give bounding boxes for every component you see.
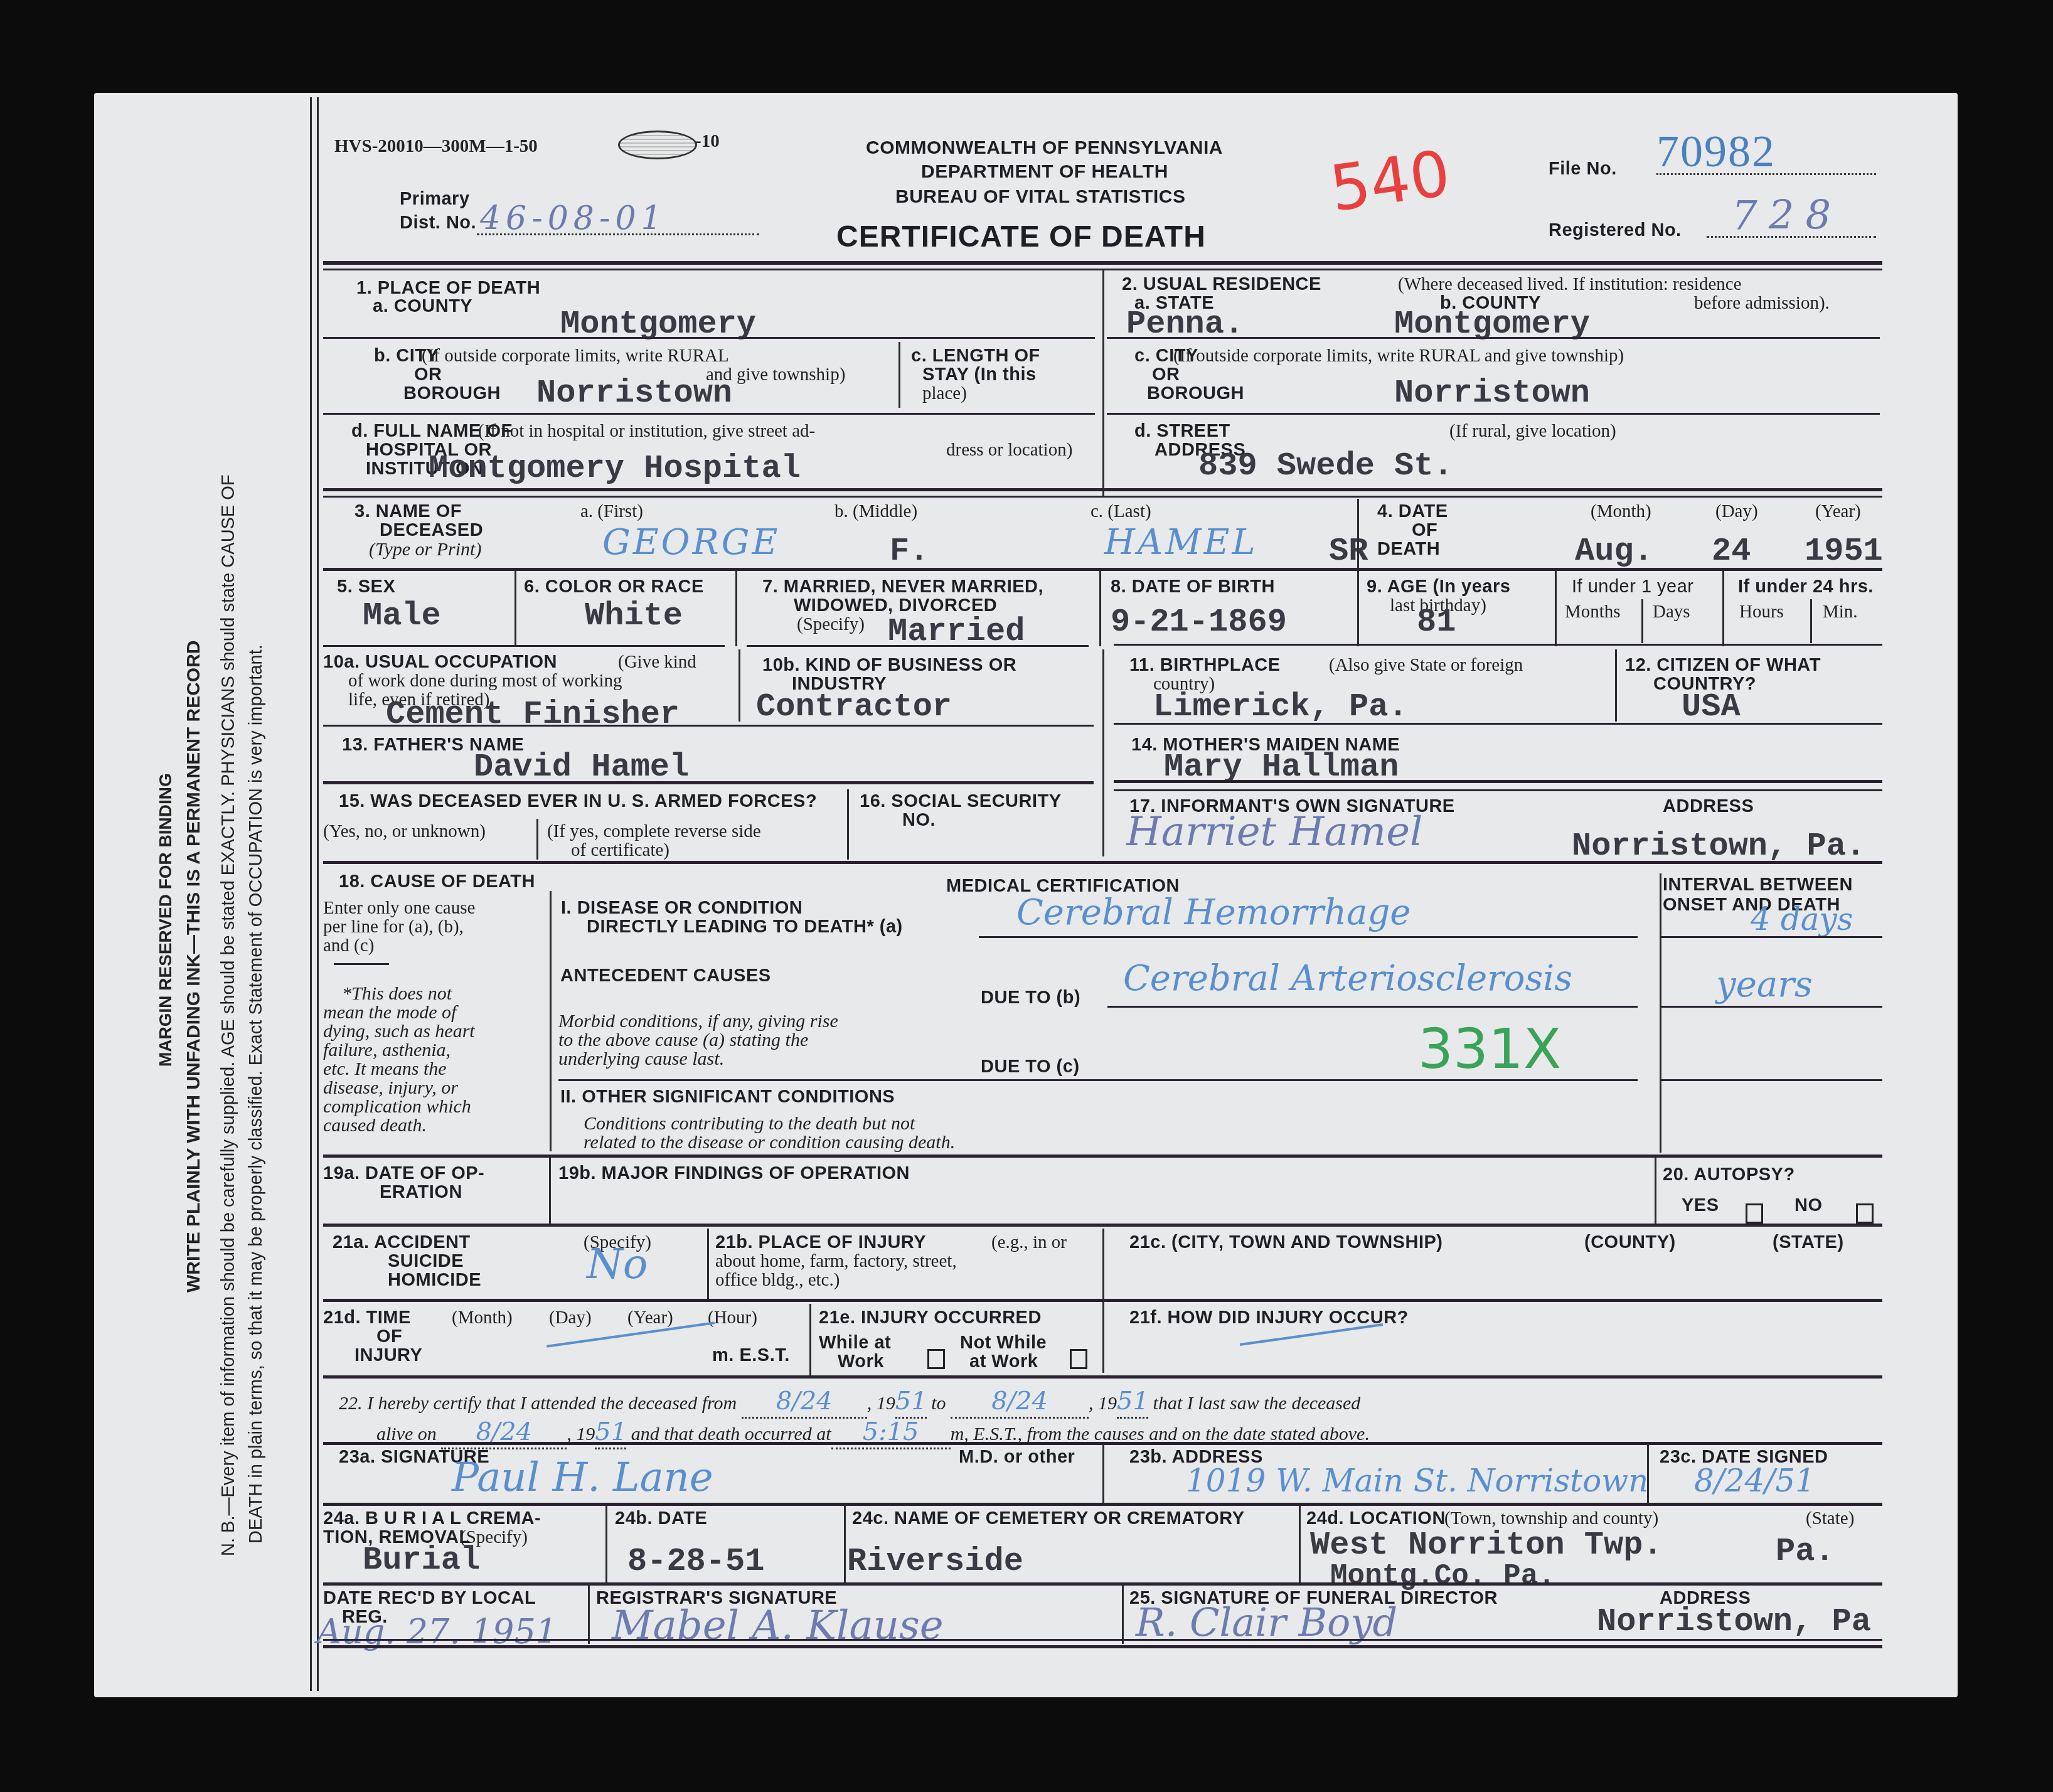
informant-address-value[interactable]: Norristown, Pa. bbox=[1572, 829, 1865, 863]
dob-value[interactable]: 9-21-1869 bbox=[1111, 605, 1287, 639]
row-line-15 bbox=[323, 1582, 1882, 1586]
dod-label3: DEATH bbox=[1377, 540, 1440, 559]
divider-24a bbox=[605, 1505, 607, 1583]
cause-label: 18. CAUSE OF DEATH bbox=[339, 872, 535, 892]
burial-state-label: (State) bbox=[1806, 1509, 1854, 1528]
row-line-9 bbox=[323, 1155, 1882, 1158]
divider-under1 bbox=[1722, 571, 1724, 646]
divider-race bbox=[735, 571, 737, 646]
classification-code-value: 331X bbox=[1418, 1016, 1561, 1081]
row-line-8 bbox=[323, 861, 1882, 864]
cause-a-value[interactable]: Cerebral Hemorrhage bbox=[1016, 897, 1410, 929]
pod-stay-label1: c. LENGTH OF bbox=[911, 346, 1040, 366]
page-title: CERTIFICATE OF DEATH bbox=[836, 221, 1206, 253]
row-line-3 bbox=[323, 488, 1882, 491]
autopsy-no-checkbox[interactable] bbox=[1856, 1203, 1874, 1224]
burial-date-value[interactable]: 8-28-51 bbox=[627, 1545, 764, 1579]
middle-name-value[interactable]: F. bbox=[890, 535, 929, 568]
union-label-suffix: -10 bbox=[695, 132, 720, 151]
antecedent-label: ANTECEDENT CAUSES bbox=[560, 966, 771, 986]
margin-unfading-note: WRITE PLAINLY WITH UNFADING INK—THIS IS … bbox=[183, 641, 205, 1293]
injury-time-label3: INJURY bbox=[355, 1346, 422, 1365]
min-label: Min. bbox=[1823, 602, 1858, 622]
informant-signature-value[interactable]: Harriet Hamel bbox=[1126, 816, 1423, 848]
res-borough-label: BOROUGH bbox=[1147, 384, 1244, 403]
res-street-value[interactable]: 839 Swede St. bbox=[1198, 449, 1453, 483]
occupation-label1: 10a. USUAL OCCUPATION bbox=[323, 653, 557, 672]
father-value[interactable]: David Hamel bbox=[474, 750, 689, 784]
months-label: Months bbox=[1565, 602, 1621, 622]
dod-label2: OF bbox=[1412, 521, 1437, 540]
row-line-5b bbox=[747, 645, 1089, 647]
pod-institution-value[interactable]: Montgomery Hospital bbox=[429, 452, 801, 486]
divider-21a bbox=[707, 1229, 709, 1299]
cause-footnote-2: dying, such as heart bbox=[323, 1021, 475, 1041]
residence-note1: (Where deceased lived. If institution: r… bbox=[1398, 275, 1742, 294]
residence-note2: before admission). bbox=[1694, 294, 1830, 313]
interval-label1: INTERVAL BETWEEN bbox=[1663, 875, 1853, 895]
union-label-seal-icon bbox=[618, 131, 697, 159]
armed-note3: of certificate) bbox=[571, 841, 669, 860]
citizen-label1: 12. CITIZEN OF WHAT bbox=[1625, 656, 1821, 675]
divider-1-2 bbox=[1102, 270, 1104, 496]
pod-institution-note1: (If not in hospital or institution, give… bbox=[478, 422, 815, 441]
not-while-work-label2: at Work bbox=[969, 1352, 1038, 1372]
autopsy-no-label: NO bbox=[1794, 1196, 1823, 1215]
due-c-label: DUE TO (c) bbox=[981, 1057, 1080, 1077]
funeral-director-signature-value[interactable]: R. Clair Boyd bbox=[1136, 1606, 1397, 1639]
age-value[interactable]: 81 bbox=[1417, 605, 1456, 639]
not-while-at-work-checkbox[interactable] bbox=[1070, 1349, 1087, 1369]
divider-armed-ssn bbox=[847, 789, 849, 860]
while-at-work-checkbox[interactable] bbox=[927, 1349, 945, 1369]
divider-21d bbox=[809, 1304, 811, 1376]
received-date-value[interactable]: Aug. 27. 1951 bbox=[317, 1616, 557, 1648]
file-no-label: File No. bbox=[1549, 159, 1617, 179]
cert-line1-d: , 19 bbox=[1089, 1393, 1117, 1414]
pod-or-label: OR bbox=[414, 365, 442, 385]
morbid-note2: to the above cause (a) stating the bbox=[558, 1030, 808, 1050]
ssn-label2: NO. bbox=[902, 811, 936, 830]
injury-day-label: (Day) bbox=[549, 1308, 592, 1328]
mother-value[interactable]: Mary Hallman bbox=[1164, 750, 1399, 784]
accident-label1: 21a. ACCIDENT bbox=[333, 1233, 471, 1252]
race-label: 6. COLOR OR RACE bbox=[524, 577, 704, 597]
agency-line1: COMMONWEALTH OF PENNSYLVANIA bbox=[866, 138, 1223, 157]
row-line-1b bbox=[323, 413, 1095, 415]
cause-footnote-6: complication which bbox=[323, 1097, 471, 1116]
occupation-note1: (Give kind bbox=[618, 653, 696, 672]
citizen-value[interactable]: USA bbox=[1682, 690, 1741, 724]
injury-location-label: 21c. (CITY, TOWN AND TOWNSHIP) bbox=[1129, 1233, 1442, 1252]
header-rule bbox=[323, 261, 1882, 265]
cause-footnote-0: *This does not bbox=[342, 984, 452, 1003]
injury-occurred-label: 21e. INJURY OCCURRED bbox=[819, 1308, 1042, 1328]
cause-footnote-3: failure, asthenia, bbox=[323, 1040, 451, 1060]
informant-address-label: ADDRESS bbox=[1663, 797, 1754, 816]
last-name-value[interactable]: HAMEL bbox=[1104, 527, 1258, 558]
physician-date-value[interactable]: 8/24/51 bbox=[1694, 1465, 1815, 1496]
binding-line-left bbox=[310, 97, 312, 1691]
agency-line2: DEPARTMENT OF HEALTH bbox=[921, 162, 1168, 181]
burial-type-label1: 24a. B U R I A L CREMA- bbox=[323, 1509, 541, 1528]
residence-label: 2. USUAL RESIDENCE bbox=[1122, 275, 1321, 294]
divider-autopsy bbox=[1655, 1158, 1656, 1224]
cause-footnote-1: mean the mode of bbox=[323, 1003, 456, 1022]
dod-day-value[interactable]: 24 bbox=[1712, 535, 1751, 568]
res-city-note: (If outside corporate limits, write RURA… bbox=[1173, 346, 1624, 366]
cause-footnote-7: caused death. bbox=[323, 1116, 427, 1135]
armed-forces-label: 15. WAS DECEASED EVER IN U. S. ARMED FOR… bbox=[339, 792, 817, 811]
cert-line1-b: , 19 bbox=[867, 1393, 895, 1414]
business-label1: 10b. KIND OF BUSINESS OR bbox=[762, 656, 1016, 675]
cert-line1-e: that I last saw the deceased bbox=[1148, 1393, 1360, 1414]
sex-label: 5. SEX bbox=[337, 577, 395, 597]
sex-value[interactable]: Male bbox=[363, 599, 441, 633]
row-line-1a bbox=[323, 337, 1095, 339]
injury-state-label: (STATE) bbox=[1773, 1233, 1844, 1252]
cert-from-value[interactable]: 8/24 bbox=[776, 1387, 833, 1416]
burial-type-value[interactable]: Burial bbox=[363, 1544, 480, 1577]
injury-month-label: (Month) bbox=[452, 1308, 513, 1328]
divider-registrar bbox=[1122, 1584, 1124, 1644]
pod-stay-label3: place) bbox=[922, 384, 967, 403]
margin-nb-line1: N. B.—Every item of information should b… bbox=[218, 474, 239, 1556]
row-line-7b bbox=[1114, 780, 1882, 783]
burial-date-label: 24b. DATE bbox=[615, 1509, 707, 1528]
pod-city-value[interactable]: Norristown bbox=[536, 376, 732, 410]
divider-24b bbox=[844, 1505, 846, 1583]
morbid-note3: underlying cause last. bbox=[558, 1049, 724, 1069]
dod-year-label: (Year) bbox=[1815, 502, 1861, 521]
row-line-16b bbox=[323, 1645, 1882, 1648]
margin-binding-note: MARGIN RESERVED FOR BINDING bbox=[156, 773, 176, 1067]
row-line-5a bbox=[323, 645, 725, 647]
divider-marital bbox=[1099, 571, 1101, 646]
row-line-6a bbox=[323, 725, 1094, 727]
pod-city-note1: (If outside corporate limits, write RURA… bbox=[422, 346, 729, 366]
cause-instruction1: Enter only one cause bbox=[323, 899, 475, 918]
autopsy-yes-checkbox[interactable] bbox=[1746, 1203, 1763, 1224]
injury-time-label1: 21d. TIME bbox=[323, 1308, 411, 1328]
pod-borough-label: BOROUGH bbox=[403, 384, 501, 403]
divider-interval bbox=[1660, 873, 1661, 1153]
marital-specify: (Specify) bbox=[797, 615, 865, 634]
divider-received bbox=[588, 1584, 590, 1644]
registered-no-label: Registered No. bbox=[1549, 221, 1682, 240]
cause-a-line bbox=[979, 936, 1638, 938]
divider-hours bbox=[1810, 599, 1812, 643]
op-findings-label: 19b. MAJOR FINDINGS OF OPERATION bbox=[558, 1164, 910, 1183]
row-line-4 bbox=[323, 568, 1882, 571]
dod-label1: 4. DATE bbox=[1377, 502, 1448, 521]
row-line-7c bbox=[1114, 789, 1882, 791]
divider-age bbox=[1555, 571, 1557, 646]
cemetery-label: 24c. NAME OF CEMETERY OR CREMATORY bbox=[852, 1509, 1245, 1528]
res-street-note: (If rural, give location) bbox=[1449, 422, 1616, 441]
pod-county-value[interactable]: Montgomery bbox=[560, 307, 756, 341]
injury-place-note1: (e.g., in or bbox=[991, 1233, 1067, 1252]
injury-place-label: 21b. PLACE OF INJURY bbox=[715, 1233, 926, 1252]
res-street-label: d. STREET bbox=[1134, 422, 1230, 441]
divider-months bbox=[1641, 599, 1643, 643]
divider-23a bbox=[1102, 1443, 1104, 1503]
registered-no-value[interactable]: 728 bbox=[1732, 200, 1842, 232]
dob-label: 8. DATE OF BIRTH bbox=[1111, 577, 1275, 597]
interval-a-value[interactable]: 4 days bbox=[1751, 904, 1853, 935]
marital-label1: 7. MARRIED, NEVER MARRIED, bbox=[762, 577, 1043, 597]
divider-name-dod bbox=[1357, 499, 1359, 568]
first-name-value[interactable]: GEORGE bbox=[602, 527, 780, 558]
file-no-value: 70982 bbox=[1656, 125, 1776, 178]
due-b-label: DUE TO (b) bbox=[981, 988, 1080, 1008]
divider-armed-note bbox=[536, 819, 538, 860]
age-label1: 9. AGE (In years bbox=[1367, 577, 1510, 597]
place-of-death-label: 1. PLACE OF DEATH bbox=[356, 279, 540, 298]
name-label3: (Type or Print) bbox=[369, 540, 481, 559]
burial-location-value1[interactable]: West Norriton Twp. bbox=[1310, 1528, 1663, 1562]
pod-institution-note2: dress or location) bbox=[946, 440, 1072, 460]
accident-label2: SUICIDE bbox=[388, 1252, 464, 1271]
cause-b-value[interactable]: Cerebral Arteriosclerosis bbox=[1123, 963, 1572, 995]
binding-line-right bbox=[317, 97, 319, 1691]
res-or-label: OR bbox=[1152, 365, 1180, 385]
dod-day-label: (Day) bbox=[1715, 502, 1758, 521]
divider-stay bbox=[899, 342, 900, 408]
business-value[interactable]: Contractor bbox=[756, 690, 952, 724]
instruction-separator bbox=[334, 963, 389, 965]
cert-to-year[interactable]: 51 bbox=[1117, 1387, 1149, 1416]
cert-line1-c: to bbox=[927, 1393, 946, 1414]
accident-label3: HOMICIDE bbox=[388, 1271, 481, 1290]
res-county-value[interactable]: Montgomery bbox=[1394, 307, 1590, 341]
funeral-address-value[interactable]: Norristown, Pa bbox=[1597, 1605, 1871, 1639]
while-work-label1: While at bbox=[819, 1333, 891, 1353]
part1-label2: DIRECTLY LEADING TO DEATH* (a) bbox=[587, 917, 903, 937]
burial-location-label: 24d. LOCATION bbox=[1306, 1509, 1446, 1528]
name-label2: DECEASED bbox=[380, 521, 483, 540]
divider-sex bbox=[515, 571, 516, 646]
not-while-work-label1: Not While bbox=[960, 1333, 1047, 1353]
divider-10-11 bbox=[1102, 649, 1104, 856]
cert-to-value[interactable]: 8/24 bbox=[991, 1387, 1048, 1416]
under1-label: If under 1 year bbox=[1572, 577, 1694, 597]
part1-label1: I. DISEASE OR CONDITION bbox=[561, 899, 803, 918]
how-injury-label: 21f. HOW DID INJURY OCCUR? bbox=[1129, 1308, 1409, 1328]
part2-label: II. OTHER SIGNIFICANT CONDITIONS bbox=[560, 1087, 895, 1107]
cause-footnote-5: disease, injury, or bbox=[323, 1078, 458, 1097]
physician-address-value[interactable]: 1019 W. Main St. Norristown bbox=[1186, 1465, 1648, 1496]
res-state-value[interactable]: Penna. bbox=[1126, 307, 1244, 341]
divider-24c bbox=[1299, 1505, 1301, 1583]
last-name-label: c. (Last) bbox=[1090, 502, 1151, 521]
injury-hour-label: (Hour) bbox=[708, 1308, 757, 1328]
cert-from-year[interactable]: 51 bbox=[895, 1387, 927, 1416]
armed-note1: (Yes, no, or unknown) bbox=[323, 822, 486, 841]
middle-name-label: b. (Middle) bbox=[835, 502, 917, 521]
cause-instruction2: per line for (a), (b), bbox=[323, 917, 464, 937]
dist-no-value[interactable]: 46-08-01 bbox=[480, 202, 667, 235]
name-suffix-value[interactable]: SR bbox=[1329, 535, 1368, 568]
row-line-12 bbox=[323, 1375, 1882, 1379]
occupation-note2: of work done during most of working bbox=[348, 671, 622, 691]
interval-b-line bbox=[1660, 1006, 1882, 1008]
row-line-2a bbox=[1107, 337, 1880, 339]
divider-occupation bbox=[739, 649, 740, 722]
interval-a-line bbox=[1660, 936, 1882, 938]
cause-b-line bbox=[1107, 1006, 1638, 1008]
morbid-note1: Morbid conditions, if any, giving rise bbox=[558, 1011, 838, 1031]
injury-time-label2: OF bbox=[376, 1327, 402, 1347]
cause-instruction3: and (c) bbox=[323, 936, 374, 956]
injury-place-note2: about home, farm, factory, street, bbox=[715, 1252, 957, 1271]
divider-birthplace bbox=[1615, 649, 1617, 722]
cause-c-line bbox=[558, 1079, 1638, 1081]
row-line-2b bbox=[1107, 413, 1880, 415]
row-line-6b bbox=[1114, 723, 1882, 725]
physician-md-label: M.D. or other bbox=[959, 1448, 1075, 1467]
divider-op bbox=[549, 1158, 551, 1224]
divider-cause-instructions bbox=[550, 891, 552, 1151]
injury-place-note3: office bldg., etc.) bbox=[715, 1271, 840, 1290]
part2-note1: Conditions contributing to the death but… bbox=[584, 1114, 915, 1133]
row-line-3b bbox=[323, 496, 1882, 498]
pod-stay-label2: STAY (In this bbox=[922, 365, 1037, 385]
dod-year-value[interactable]: 1951 bbox=[1805, 535, 1883, 568]
burial-state-value[interactable]: Pa. bbox=[1776, 1535, 1835, 1569]
autopsy-label: 20. AUTOPSY? bbox=[1663, 1165, 1795, 1185]
row-line-14 bbox=[323, 1503, 1882, 1506]
divider-dob bbox=[1357, 571, 1359, 646]
op-date-label2: ERATION bbox=[380, 1183, 462, 1202]
cert-line1: 22. I hereby certify that I attended the… bbox=[339, 1385, 1360, 1419]
dist-no-label: Dist. No. bbox=[400, 213, 476, 233]
days-label: Days bbox=[1653, 602, 1690, 622]
cert-line1-a: 22. I hereby certify that I attended the… bbox=[339, 1393, 737, 1414]
marital-value[interactable]: Married bbox=[888, 615, 1025, 649]
burial-location-note: (Town, township and county) bbox=[1444, 1509, 1658, 1528]
ssn-label1: 16. SOCIAL SECURITY bbox=[860, 792, 1062, 811]
row-line-11 bbox=[323, 1299, 1882, 1302]
while-work-label2: Work bbox=[838, 1352, 884, 1372]
autopsy-yes-label: YES bbox=[1682, 1196, 1719, 1215]
injury-est-label: m. E.S.T. bbox=[712, 1346, 790, 1365]
dod-month-value[interactable]: Aug. bbox=[1575, 535, 1653, 568]
row-line-16a bbox=[323, 1639, 1882, 1641]
cemetery-value[interactable]: Riverside bbox=[847, 1545, 1023, 1579]
birthplace-note1: (Also give State or foreign bbox=[1329, 656, 1523, 675]
res-city-value[interactable]: Norristown bbox=[1394, 376, 1590, 410]
physician-signature-value[interactable]: Paul H. Lane bbox=[452, 1462, 713, 1493]
armed-note2: (If yes, complete reverse side bbox=[547, 822, 761, 841]
row-line-10 bbox=[323, 1224, 1882, 1227]
name-label1: 3. NAME OF bbox=[355, 502, 462, 521]
agency-line3: BUREAU OF VITAL STATISTICS bbox=[895, 187, 1185, 206]
primary-label: Primary bbox=[400, 189, 470, 209]
injury-county-label: (COUNTY) bbox=[1584, 1233, 1676, 1252]
injury-year-label: (Year) bbox=[627, 1308, 673, 1328]
divider-23b bbox=[1647, 1443, 1649, 1503]
interval-c-line bbox=[1660, 1079, 1882, 1081]
form-code: HVS-20010—300M—1-50 bbox=[334, 137, 538, 156]
birthplace-label: 11. BIRTHPLACE bbox=[1129, 656, 1281, 675]
under24-label: If under 24 hrs. bbox=[1738, 577, 1874, 597]
birthplace-value[interactable]: Limerick, Pa. bbox=[1153, 690, 1408, 724]
interval-b-value[interactable]: years bbox=[1716, 969, 1813, 1001]
received-label1: DATE REC'D BY LOCAL bbox=[323, 1589, 536, 1608]
accident-value[interactable]: No bbox=[587, 1249, 648, 1280]
row-line-5c bbox=[1114, 644, 1882, 646]
row-line-7a bbox=[323, 781, 1094, 784]
cause-footnote-4: etc. It means the bbox=[323, 1059, 447, 1079]
hours-label: Hours bbox=[1739, 602, 1784, 622]
part2-note2: related to the disease or condition caus… bbox=[584, 1133, 955, 1152]
margin-nb-line2: DEATH in plain terms, so that it may be … bbox=[246, 644, 267, 1544]
op-date-label1: 19a. DATE OF OP- bbox=[323, 1164, 484, 1183]
first-name-label: a. (First) bbox=[580, 502, 643, 521]
pod-county-label: a. COUNTY bbox=[373, 297, 472, 316]
dod-month-label: (Month) bbox=[1591, 502, 1651, 521]
registrar-signature-value[interactable]: Mabel A. Klause bbox=[612, 1609, 944, 1642]
race-value[interactable]: White bbox=[585, 599, 683, 633]
